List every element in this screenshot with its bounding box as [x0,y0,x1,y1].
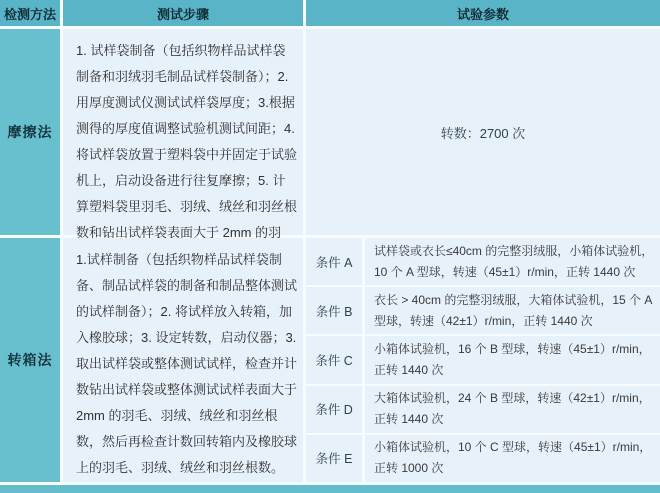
header-method-label: 检测方法 [4,4,56,23]
condition-e-value-cell: 小箱体试验机，10 个 C 型球，转速（45±1）r/min，正转 1000 次 [365,435,660,482]
header-cell-method: 检测方法 [0,0,60,26]
bottom-accent-bar [0,485,660,493]
condition-b-label: 条件 B [316,302,353,320]
condition-e-label: 条件 E [316,449,353,467]
steps-friction-text: 1. 试样袋制备（包括织物样品试样袋制备和羽绒羽毛制品试样袋制备）；2.用厚度测… [76,43,297,266]
condition-a-value: 试样袋或衣长≤40cm 的完整羽绒服，小箱体试验机，10 个 A 型球，转速（4… [374,241,656,283]
condition-c-label: 条件 C [315,351,353,369]
condition-b-label-cell: 条件 B [306,287,362,334]
condition-d-label: 条件 D [315,400,353,418]
method-rotating-box-label: 转箱法 [8,350,53,370]
condition-c-label-cell: 条件 C [306,336,362,383]
condition-d-label-cell: 条件 D [306,386,362,433]
steps-cell-rotating-box: 1.试样制备（包括织物样品试样袋制备、制品试样袋的制备和制品整体测试的试样制备）… [63,238,303,482]
conditions-subtable: 条件 A 试样袋或衣长≤40cm 的完整羽绒服，小箱体试验机，10 个 A 型球… [306,238,660,482]
header-cell-steps: 测试步骤 [63,0,303,26]
header-params-label: 试验参数 [457,4,509,23]
condition-c-value-cell: 小箱体试验机，16 个 B 型球，转速（45±1）r/min，正转 1440 次 [365,336,660,383]
condition-c-value: 小箱体试验机，16 个 B 型球，转速（45±1）r/min，正转 1440 次 [374,339,656,381]
condition-e-value: 小箱体试验机，10 个 C 型球，转速（45±1）r/min，正转 1000 次 [374,437,656,479]
table-grid: 检测方法 测试步骤 试验参数 摩擦法 1. 试样袋制备（包括织物样品试样袋制备和… [0,0,660,493]
condition-d-value-cell: 大箱体试验机，24 个 B 型球，转速（42±1）r/min，正转 1440 次 [365,386,660,433]
condition-a-label-cell: 条件 A [306,238,362,285]
down-feather-test-methods-table: 检测方法 测试步骤 试验参数 摩擦法 1. 试样袋制备（包括织物样品试样袋制备和… [0,0,660,493]
header-cell-params: 试验参数 [306,0,660,26]
condition-b-value: 衣长 > 40cm 的完整羽绒服，大箱体试验机，15 个 A 型球，转速（42±… [374,290,656,332]
steps-rotating-box-text: 1.试样制备（包括织物样品试样袋制备、制品试样袋的制备和制品整体测试的试样制备）… [76,252,297,475]
method-cell-friction: 摩擦法 [0,29,60,235]
param-friction-value: 转数：2700 次 [441,123,526,142]
condition-a-label: 条件 A [316,253,353,271]
condition-e-label-cell: 条件 E [306,435,362,482]
condition-a-value-cell: 试样袋或衣长≤40cm 的完整羽绒服，小箱体试验机，10 个 A 型球，转速（4… [365,238,660,285]
header-steps-label: 测试步骤 [157,4,209,23]
steps-cell-friction: 1. 试样袋制备（包括织物样品试样袋制备和羽绒羽毛制品试样袋制备）；2.用厚度测… [63,29,303,235]
param-cell-friction: 转数：2700 次 [306,29,660,235]
method-friction-label: 摩擦法 [8,122,53,142]
method-cell-rotating-box: 转箱法 [0,238,60,482]
condition-d-value: 大箱体试验机，24 个 B 型球，转速（42±1）r/min，正转 1440 次 [374,388,656,430]
condition-b-value-cell: 衣长 > 40cm 的完整羽绒服，大箱体试验机，15 个 A 型球，转速（42±… [365,287,660,334]
